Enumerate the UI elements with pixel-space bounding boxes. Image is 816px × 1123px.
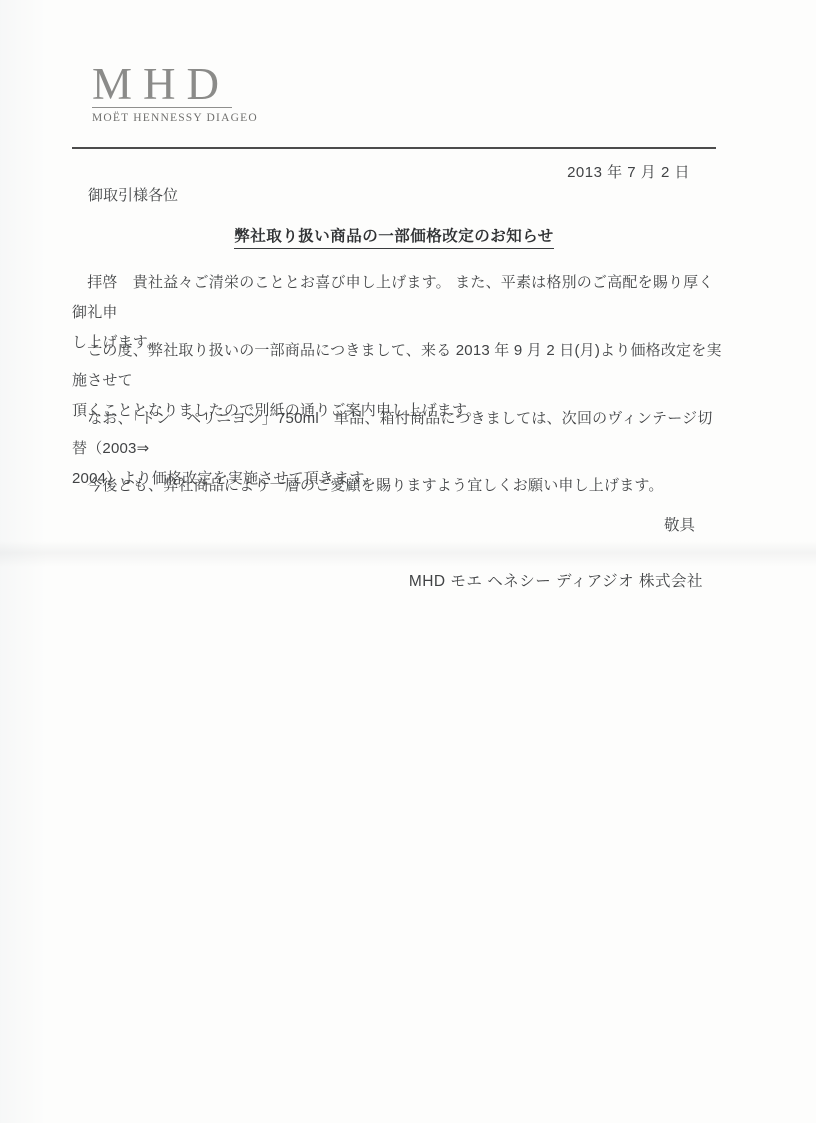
paragraph-line: なお、「ドン ペリニヨン」750ml 単品、箱付商品につきましては、次回のヴィン… (72, 404, 724, 464)
paragraph-line: 今後とも、弊社商品により一層のご愛顧を賜りますよう宜しくお願い申し上げます。 (72, 471, 724, 501)
company-signature: MHD モエ ヘネシー ディアジオ 株式会社 (72, 569, 703, 591)
scan-shadow-artifact (0, 541, 816, 567)
letter-closing: 敬具 (72, 513, 695, 535)
logo-subtitle-text: MOËT HENNESSY DIAGEO (92, 112, 242, 124)
letter-addressee: 御取引様各位 (88, 184, 178, 205)
paragraph-line: 拝啓 貴社益々ご清栄のこととお喜び申し上げます。 また、平素は格別のご高配を賜り… (72, 268, 724, 328)
letterhead-rule (72, 147, 716, 149)
company-logo: MHD MOËT HENNESSY DIAGEO (92, 62, 242, 124)
scanned-letter-page: MHD MOËT HENNESSY DIAGEO 2013 年 7 月 2 日 … (0, 0, 816, 1123)
paragraph-line: この度、弊社取り扱いの一部商品につきまして、来る 2013 年 9 月 2 日(… (72, 336, 724, 396)
letter-title: 弊社取り扱い商品の一部価格改定のお知らせ (234, 224, 554, 249)
paragraph-thanks: 今後とも、弊社商品により一層のご愛顧を賜りますよう宜しくお願い申し上げます。 (72, 471, 724, 501)
logo-initials-text: MHD (92, 62, 242, 106)
letter-title-container: 弊社取り扱い商品の一部価格改定のお知らせ (72, 224, 716, 249)
letter-date: 2013 年 7 月 2 日 (72, 161, 690, 182)
